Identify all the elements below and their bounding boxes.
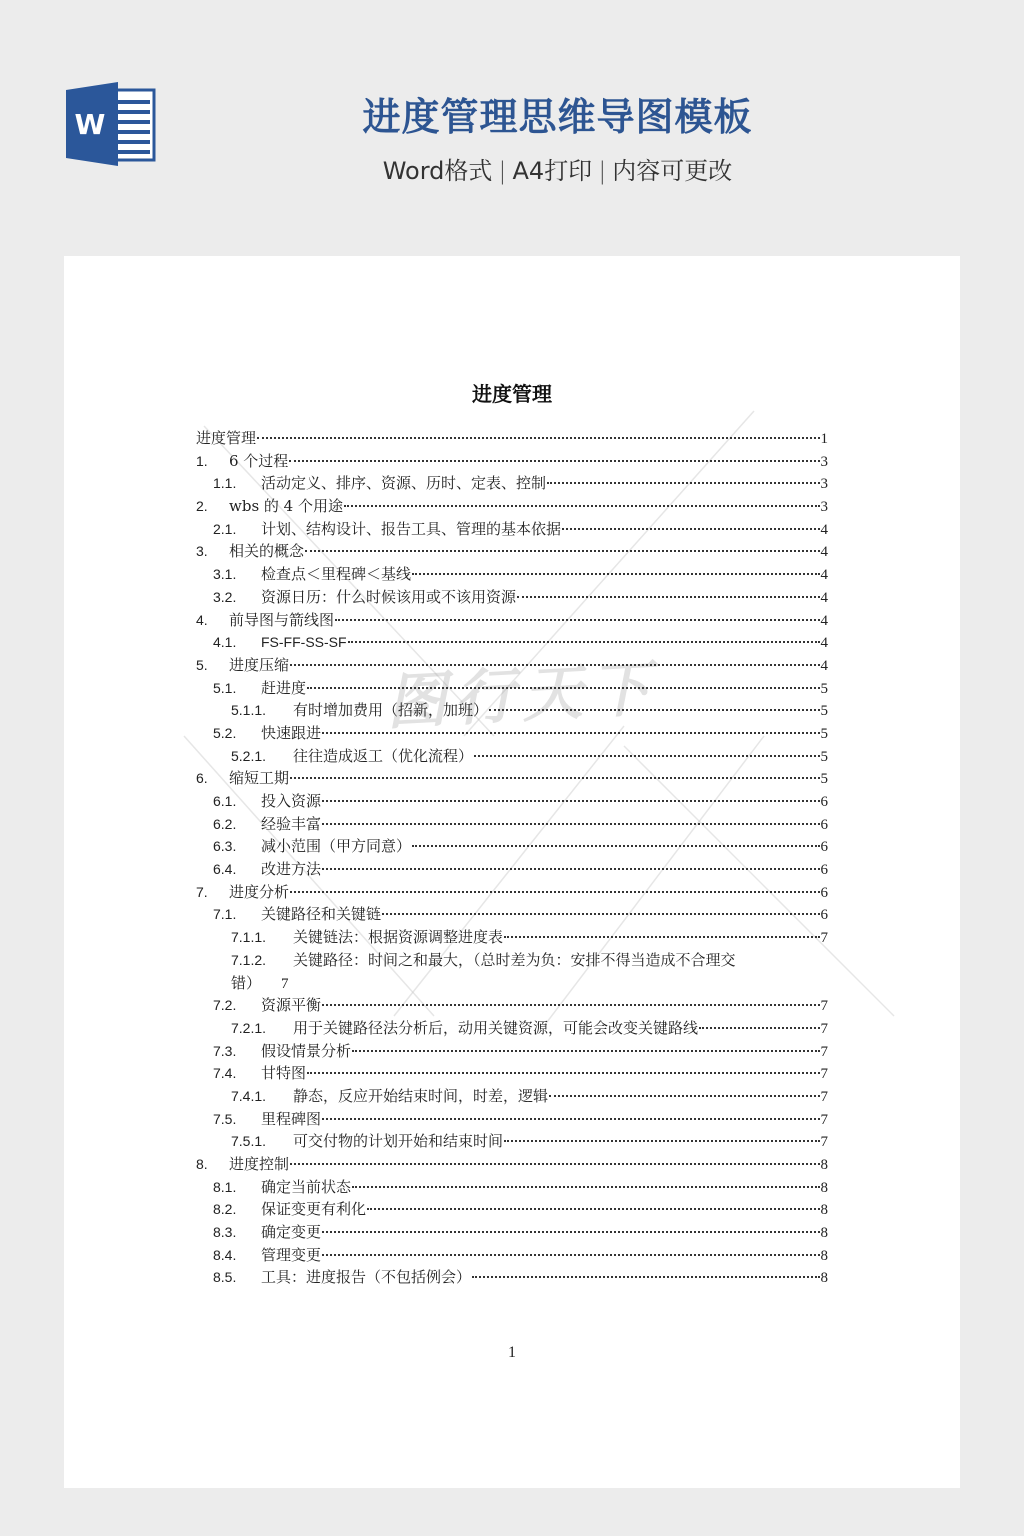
subtitle-format: Word格式 [383,157,493,185]
toc-number: 8.1. [213,1176,261,1199]
dot-leader [322,732,819,734]
toc-page: 6 [821,904,829,927]
toc-entry[interactable]: 5.1.1.有时增加费用（招新，加班）5 [196,699,828,722]
toc-label: 关键路径：时间之和最大，（总时差为负：安排不得当造成不合理交 [293,949,736,972]
toc-label: 快速跟进 [261,722,321,745]
toc-label: 6 个过程 [229,450,288,473]
dot-leader [290,664,819,666]
dot-leader [549,1095,819,1097]
dot-leader [504,936,819,938]
toc-entry[interactable]: 3.2.资源日历：什么时候该用或不该用资源4 [196,586,828,609]
toc-label-continuation: 错） [231,974,261,992]
toc-label: 活动定义、排序、资源、历时、定表、控制 [261,472,546,495]
toc-page: 3 [821,473,829,496]
dot-leader [322,868,819,870]
toc-label: 甘特图 [261,1062,306,1085]
toc-entry[interactable]: 3.相关的概念4 [196,540,828,563]
dot-leader [307,1072,819,1074]
toc-label: 进度压缩 [229,654,289,677]
toc-page: 3 [821,496,829,519]
table-of-contents: 进度管理1 1.6 个过程3 1.1.活动定义、排序、资源、历时、定表、控制3 … [196,427,828,1289]
toc-page: 7 [821,1131,829,1154]
toc-number: 4.1. [213,631,261,654]
toc-entry[interactable]: 3.1.检查点＜里程碑＜基线4 [196,563,828,586]
toc-page: 7 [821,1086,829,1109]
dot-leader [562,528,819,530]
toc-page: 4 [821,519,829,542]
toc-page: 7 [821,1018,829,1041]
toc-page: 4 [821,564,829,587]
subtitle-separator: | [598,157,606,185]
toc-number: 7.4. [213,1062,261,1085]
dot-leader [352,1050,819,1052]
toc-page: 4 [821,541,829,564]
document-page: 图行天下 进度管理 进度管理1 1.6 个过程3 1.1.活动定义、排序、资源、… [64,256,960,1488]
toc-page: 8 [821,1199,829,1222]
toc-number: 6.1. [213,790,261,813]
toc-page: 1 [821,428,829,451]
toc-number: 3.1. [213,563,261,586]
toc-entry[interactable]: 7.5.1.可交付物的计划开始和结束时间7 [196,1130,828,1153]
toc-page: 4 [821,632,829,655]
toc-entry[interactable]: 4.1.FS-FF-SS-SF4 [196,631,828,654]
toc-entry[interactable]: 8.5.工具：进度报告（不包括例会）8 [196,1266,828,1289]
toc-label: 用于关键路径法分析后，动用关键资源，可能会改变关键路线 [293,1017,698,1040]
toc-page: 6 [821,791,829,814]
toc-number: 4. [196,609,229,632]
toc-entry[interactable]: 7.2.1.用于关键路径法分析后，动用关键资源，可能会改变关键路线7 [196,1017,828,1040]
toc-number: 2. [196,495,229,518]
toc-entry[interactable]: 7.4.甘特图7 [196,1062,828,1085]
toc-entry[interactable]: 6.3.减小范围（甲方同意）6 [196,835,828,858]
dot-leader [335,619,819,621]
toc-page: 6 [821,836,829,859]
toc-number: 8.2. [213,1198,261,1221]
toc-page: 7 [281,976,289,992]
toc-entry[interactable]: 7.进度分析6 [196,881,828,904]
dot-leader [290,891,819,893]
toc-number: 1. [196,450,229,473]
toc-number: 7.2. [213,994,261,1017]
toc-entry[interactable]: 5.2.快速跟进5 [196,722,828,745]
toc-number: 8. [196,1153,229,1176]
toc-page: 8 [821,1177,829,1200]
toc-entry[interactable]: 2.1.计划、结构设计、报告工具、管理的基本依据4 [196,518,828,541]
dot-leader [382,913,819,915]
toc-label: 进度分析 [229,881,289,904]
toc-number: 7.1. [213,903,261,926]
toc-number: 5.2. [213,722,261,745]
svg-text:W: W [75,108,106,141]
toc-page: 5 [821,678,829,701]
toc-number: 7.2.1. [231,1017,293,1040]
dot-leader [290,777,819,779]
dot-leader [322,800,819,802]
toc-number: 3. [196,540,229,563]
toc-number: 6.4. [213,858,261,881]
toc-label: 关键链法：根据资源调整进度表 [293,926,503,949]
dot-leader [322,1118,819,1120]
dot-leader [348,641,820,643]
toc-page: 6 [821,882,829,905]
toc-page: 8 [821,1154,829,1177]
dot-leader [367,1208,819,1210]
toc-label: 可交付物的计划开始和结束时间 [293,1130,503,1153]
toc-label: 里程碑图 [261,1108,321,1131]
toc-page: 5 [821,746,829,769]
dot-leader [517,596,819,598]
dot-leader [412,845,819,847]
toc-entry[interactable]: 6.4.改进方法6 [196,858,828,881]
toc-entry[interactable]: 4.前导图与箭线图4 [196,609,828,632]
dot-leader [322,1231,819,1233]
dot-leader [504,1140,819,1142]
toc-page: 6 [821,859,829,882]
toc-entry[interactable]: 8.3.确定变更8 [196,1221,828,1244]
dot-leader [290,1163,819,1165]
toc-label: 缩短工期 [229,767,289,790]
toc-page: 4 [821,610,829,633]
toc-label: 资源日历：什么时候该用或不该用资源 [261,586,516,609]
toc-page: 7 [821,927,829,950]
dot-leader [307,687,819,689]
toc-page: 7 [821,1063,829,1086]
dot-leader [412,573,819,575]
toc-page: 5 [821,700,829,723]
toc-entry[interactable]: 5.进度压缩4 [196,654,828,677]
toc-number: 7.3. [213,1040,261,1063]
toc-label: 进度管理 [196,427,256,450]
toc-entry[interactable]: 8.1.确定当前状态8 [196,1176,828,1199]
toc-number: 5.2.1. [231,745,293,768]
dot-leader [322,1254,819,1256]
toc-label: 保证变更有利化 [261,1198,366,1221]
toc-entry[interactable]: 8.4.管理变更8 [196,1244,828,1267]
toc-entry[interactable]: 5.2.1.往往造成返工（优化流程）5 [196,745,828,768]
toc-number: 7.1.2. [231,949,293,972]
toc-number: 5. [196,654,229,677]
toc-label: 确定变更 [261,1221,321,1244]
toc-label: 经验丰富 [261,813,321,836]
dot-leader [257,437,819,439]
toc-entry[interactable]: 7.2.资源平衡7 [196,994,828,1017]
toc-label: 前导图与箭线图 [229,609,334,632]
word-document-icon: W [66,82,156,166]
toc-label: 投入资源 [261,790,321,813]
dot-leader [322,1004,819,1006]
toc-page: 7 [821,1041,829,1064]
toc-page: 4 [821,587,829,610]
toc-entry[interactable]: 6.2.经验丰富6 [196,813,828,836]
toc-entry[interactable]: 7.1.关键路径和关键链6 [196,903,828,926]
toc-page: 5 [821,768,829,791]
toc-label: 资源平衡 [261,994,321,1017]
header-subtitle: Word格式|A4打印|内容可更改 [300,154,815,188]
toc-number: 8.3. [213,1221,261,1244]
dot-leader [489,709,819,711]
toc-label: 相关的概念 [229,540,304,563]
toc-label: 改进方法 [261,858,321,881]
toc-page: 5 [821,723,829,746]
toc-number: 5.1. [213,677,261,700]
dot-leader [322,823,819,825]
toc-number: 2.1. [213,518,261,541]
toc-page: 6 [821,814,829,837]
dot-leader [699,1027,819,1029]
dot-leader [344,505,820,507]
header-title: 进度管理思维导图模板 [300,92,815,142]
toc-number: 7.4.1. [231,1085,293,1108]
toc-label: 静态，反应开始结束时间，时差，逻辑 [293,1085,548,1108]
toc-entry[interactable]: 7.5.里程碑图7 [196,1108,828,1131]
dot-leader [289,460,819,462]
dot-leader [352,1186,819,1188]
toc-entry[interactable]: 1.1.活动定义、排序、资源、历时、定表、控制3 [196,472,828,495]
toc-entry[interactable]: 6.1.投入资源6 [196,790,828,813]
toc-number: 6.3. [213,835,261,858]
toc-page: 8 [821,1267,829,1290]
toc-label: 关键路径和关键链 [261,903,381,926]
toc-label: 计划、结构设计、报告工具、管理的基本依据 [261,518,561,541]
toc-number: 8.4. [213,1244,261,1267]
subtitle-editable: 内容可更改 [612,157,732,185]
page-number: 1 [64,1344,960,1362]
toc-label: 进度控制 [229,1153,289,1176]
toc-label: 假设情景分析 [261,1040,351,1063]
toc-entry[interactable]: 7.1.1.关键链法：根据资源调整进度表7 [196,926,828,949]
toc-entry[interactable]: 7.4.1.静态，反应开始结束时间，时差，逻辑7 [196,1085,828,1108]
dot-leader [472,1276,819,1278]
toc-entry[interactable]: 6.缩短工期5 [196,767,828,790]
toc-label: 赶进度 [261,677,306,700]
toc-page: 8 [821,1245,829,1268]
toc-entry[interactable]: 7.3.假设情景分析7 [196,1040,828,1063]
toc-number: 7. [196,881,229,904]
toc-label: 减小范围（甲方同意） [261,835,411,858]
toc-label: wbs 的 4 个用途 [229,495,343,518]
toc-label: 工具：进度报告（不包括例会） [261,1266,471,1289]
toc-number: 5.1.1. [231,699,293,722]
toc-number: 7.1.1. [231,926,293,949]
toc-page: 3 [821,451,829,474]
toc-entry[interactable]: 2.wbs 的 4 个用途3 [196,495,828,518]
toc-label: 往往造成返工（优化流程） [293,745,473,768]
toc-number: 6.2. [213,813,261,836]
toc-page: 7 [821,1109,829,1132]
subtitle-separator: | [498,157,506,185]
toc-page: 8 [821,1222,829,1245]
dot-leader [547,482,819,484]
toc-entry[interactable]: 5.1.赶进度5 [196,677,828,700]
toc-entry[interactable]: 进度管理1 [196,427,828,450]
toc-number: 8.5. [213,1266,261,1289]
toc-entry[interactable]: 1.6 个过程3 [196,450,828,473]
toc-label: 有时增加费用（招新，加班） [293,699,488,722]
toc-page: 4 [821,655,829,678]
toc-label: 检查点＜里程碑＜基线 [261,563,411,586]
dot-leader [305,550,819,552]
subtitle-print: A4打印 [513,157,593,185]
toc-entry-wrapped[interactable]: 7.1.2.关键路径：时间之和最大，（总时差为负：安排不得当造成不合理交 错）7 [196,949,828,994]
toc-page: 7 [821,995,829,1018]
toc-label: 管理变更 [261,1244,321,1267]
toc-entry[interactable]: 8.进度控制8 [196,1153,828,1176]
document-title: 进度管理 [64,380,960,408]
toc-label: FS-FF-SS-SF [261,631,347,654]
toc-number: 6. [196,767,229,790]
toc-label: 确定当前状态 [261,1176,351,1199]
dot-leader [474,755,819,757]
toc-number: 1.1. [213,472,261,495]
toc-number: 7.5.1. [231,1130,293,1153]
toc-entry[interactable]: 8.2.保证变更有利化8 [196,1198,828,1221]
toc-number: 3.2. [213,586,261,609]
toc-number: 7.5. [213,1108,261,1131]
